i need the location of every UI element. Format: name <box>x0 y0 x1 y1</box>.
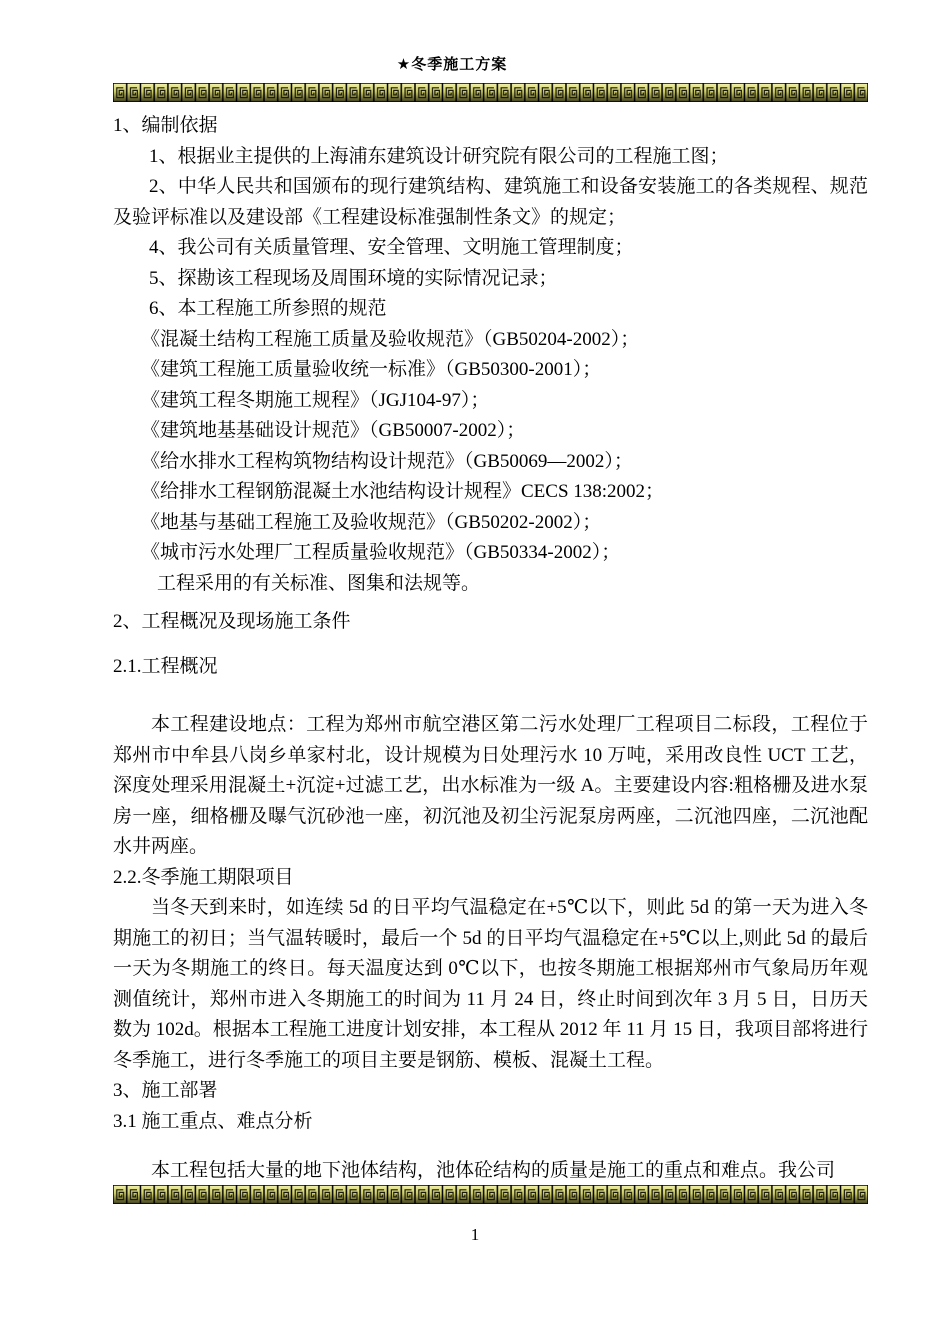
document-body: 1、编制依据 1、根据业主提供的上海浦东建筑设计研究院有限公司的工程施工图； 2… <box>113 111 868 1187</box>
standard-ref-2: 《建筑工程施工质量验收统一标准》（GB50300-2001）； <box>113 355 868 386</box>
standard-ref-6: 《给排水工程钢筋混凝土水池结构设计规程》CECS 138:2002； <box>113 477 868 508</box>
standard-ref-3: 《建筑工程冬期施工规程》（JGJ104-97）； <box>113 386 868 417</box>
page-footer: 1 <box>0 1224 950 1246</box>
heading-overview-2-1: 2.1.工程概况 <box>113 652 868 683</box>
heading-winter-period-2-2: 2.2.冬季施工期限项目 <box>113 863 868 894</box>
standard-ref-1: 《混凝土结构工程施工质量及验收规范》（GB50204-2002）； <box>113 325 868 356</box>
heading-project-overview: 2、工程概况及现场施工条件 <box>113 607 868 638</box>
item-site-survey: 5、探勘该工程现场及周围环境的实际情况记录； <box>113 264 868 295</box>
item-reference-standards: 6、本工程施工所参照的规范 <box>113 294 868 325</box>
standard-ref-7: 《地基与基础工程施工及验收规范》（GB50202-2002）； <box>113 508 868 539</box>
para-winter-period: 当冬天到来时，如连续 5d 的日平均气温稳定在+5℃以下，则此 5d 的第一天为… <box>113 893 868 1076</box>
standards-note: 工程采用的有关标准、图集和法规等。 <box>113 569 868 600</box>
heading-deployment-3: 3、施工部署 <box>113 1076 868 1107</box>
page-header: ★冬季施工方案 <box>0 54 950 76</box>
greek-key-border-top-icon <box>113 83 868 102</box>
greek-key-border-bottom-icon <box>113 1185 868 1204</box>
standard-ref-4: 《建筑地基基础设计规范》（GB50007-2002）； <box>113 416 868 447</box>
heading-compilation-basis: 1、编制依据 <box>113 111 868 142</box>
header-title: ★冬季施工方案 <box>397 56 507 73</box>
item-national-codes: 2、中华人民共和国颁布的现行建筑结构、建筑施工和设备安装施工的各类规程、规范及验… <box>113 172 868 233</box>
heading-key-points-3-1: 3.1 施工重点、难点分析 <box>113 1107 868 1138</box>
item-project-drawings: 1、根据业主提供的上海浦东建筑设计研究院有限公司的工程施工图； <box>113 142 868 173</box>
document-page: ★冬季施工方案 1、编制依据 1、根据业主提供的上海浦东建筑设计研究院有限公司的… <box>0 0 950 1344</box>
standard-ref-5: 《给水排水工程构筑物结构设计规范》（GB50069—2002）； <box>113 447 868 478</box>
para-key-points: 本工程包括大量的地下池体结构，池体砼结构的质量是施工的重点和难点。我公司 <box>113 1156 868 1187</box>
para-project-overview: 本工程建设地点：工程为郑州市航空港区第二污水处理厂工程项目二标段，工程位于郑州市… <box>113 710 868 863</box>
item-company-rules: 4、我公司有关质量管理、安全管理、文明施工管理制度； <box>113 233 868 264</box>
page-number: 1 <box>471 1225 480 1244</box>
standard-ref-8: 《城市污水处理厂工程质量验收规范》（GB50334-2002）； <box>113 538 868 569</box>
